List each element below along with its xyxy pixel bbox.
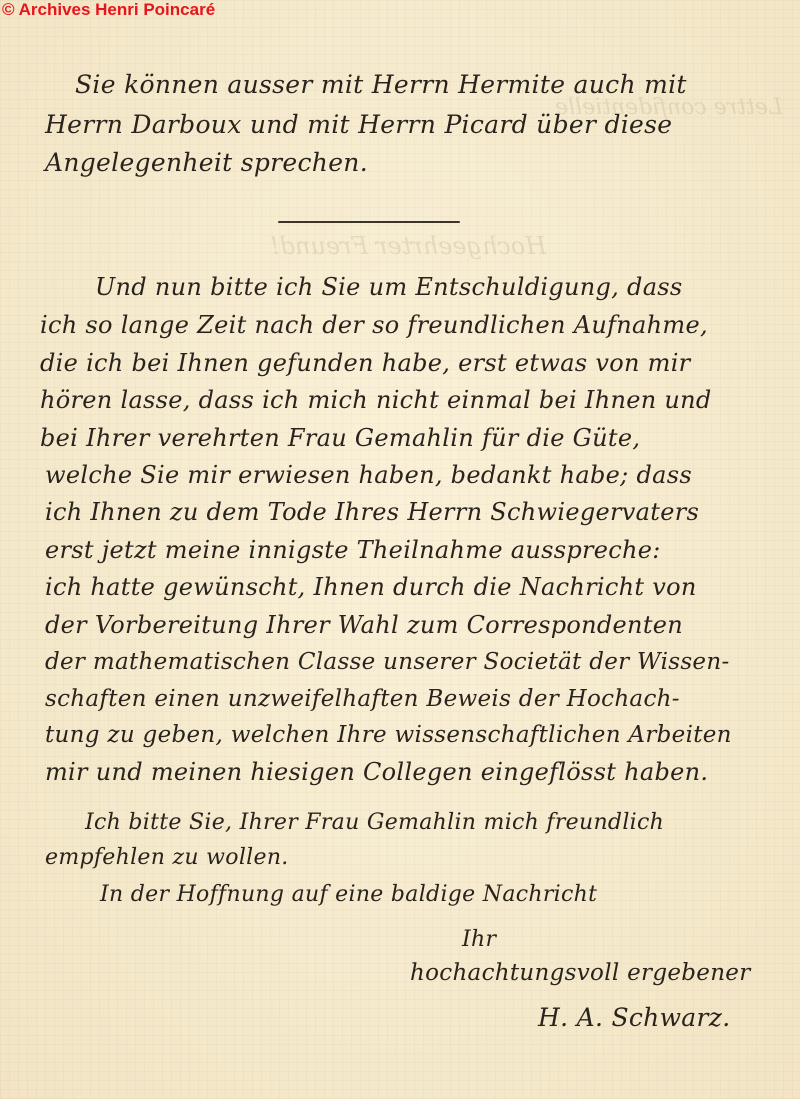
letter-line: ich Ihnen zu dem Tode Ihres Herrn Schwie…: [45, 497, 699, 527]
letter-line: tung zu geben, welchen Ihre wissenschaft…: [45, 720, 732, 750]
signature: H. A. Schwarz.: [538, 1003, 730, 1033]
separator-rule: [278, 221, 460, 223]
letter-line: empfehlen zu wollen.: [45, 843, 289, 873]
letter-line: ich hatte gewünscht, Ihnen durch die Nac…: [45, 572, 697, 602]
letter-line: der mathematischen Classe unserer Societ…: [45, 647, 730, 677]
bleed-through-text: Hochgeehrter Freund!: [270, 232, 546, 260]
letter-line: Herrn Darboux und mit Herrn Picard über …: [45, 110, 672, 140]
letter-line: Angelegenheit sprechen.: [45, 148, 368, 178]
letter-line: die ich bei Ihnen gefunden habe, erst et…: [40, 348, 690, 378]
letter-line: der Vorbereitung Ihrer Wahl zum Correspo…: [45, 610, 683, 640]
closing-line: In der Hoffnung auf eine baldige Nachric…: [100, 880, 597, 910]
letter-line: bei Ihrer verehrten Frau Gemahlin für di…: [40, 423, 640, 453]
salutation-line: hochachtungsvoll ergebener: [410, 958, 751, 988]
letter-line: ich so lange Zeit nach der so freundlich…: [40, 310, 708, 340]
letter-line: hören lasse, dass ich mich nicht einmal …: [40, 385, 712, 415]
letter-line: Und nun bitte ich Sie um Entschuldigung,…: [95, 272, 683, 302]
letter-line: welche Sie mir erwiesen haben, bedankt h…: [45, 460, 692, 490]
letter-line: schaften einen unzweifelhaften Beweis de…: [45, 684, 680, 714]
salutation-line: Ihr: [462, 925, 496, 955]
copyright-watermark: © Archives Henri Poincaré: [2, 0, 215, 20]
letter-line: erst jetzt meine innigste Theilnahme aus…: [45, 535, 661, 565]
letter-line: mir und meinen hiesigen Collegen eingefl…: [45, 757, 708, 787]
letter-line: Sie können ausser mit Herrn Hermite auch…: [75, 70, 687, 100]
letter-line: Ich bitte Sie, Ihrer Frau Gemahlin mich …: [85, 808, 664, 838]
